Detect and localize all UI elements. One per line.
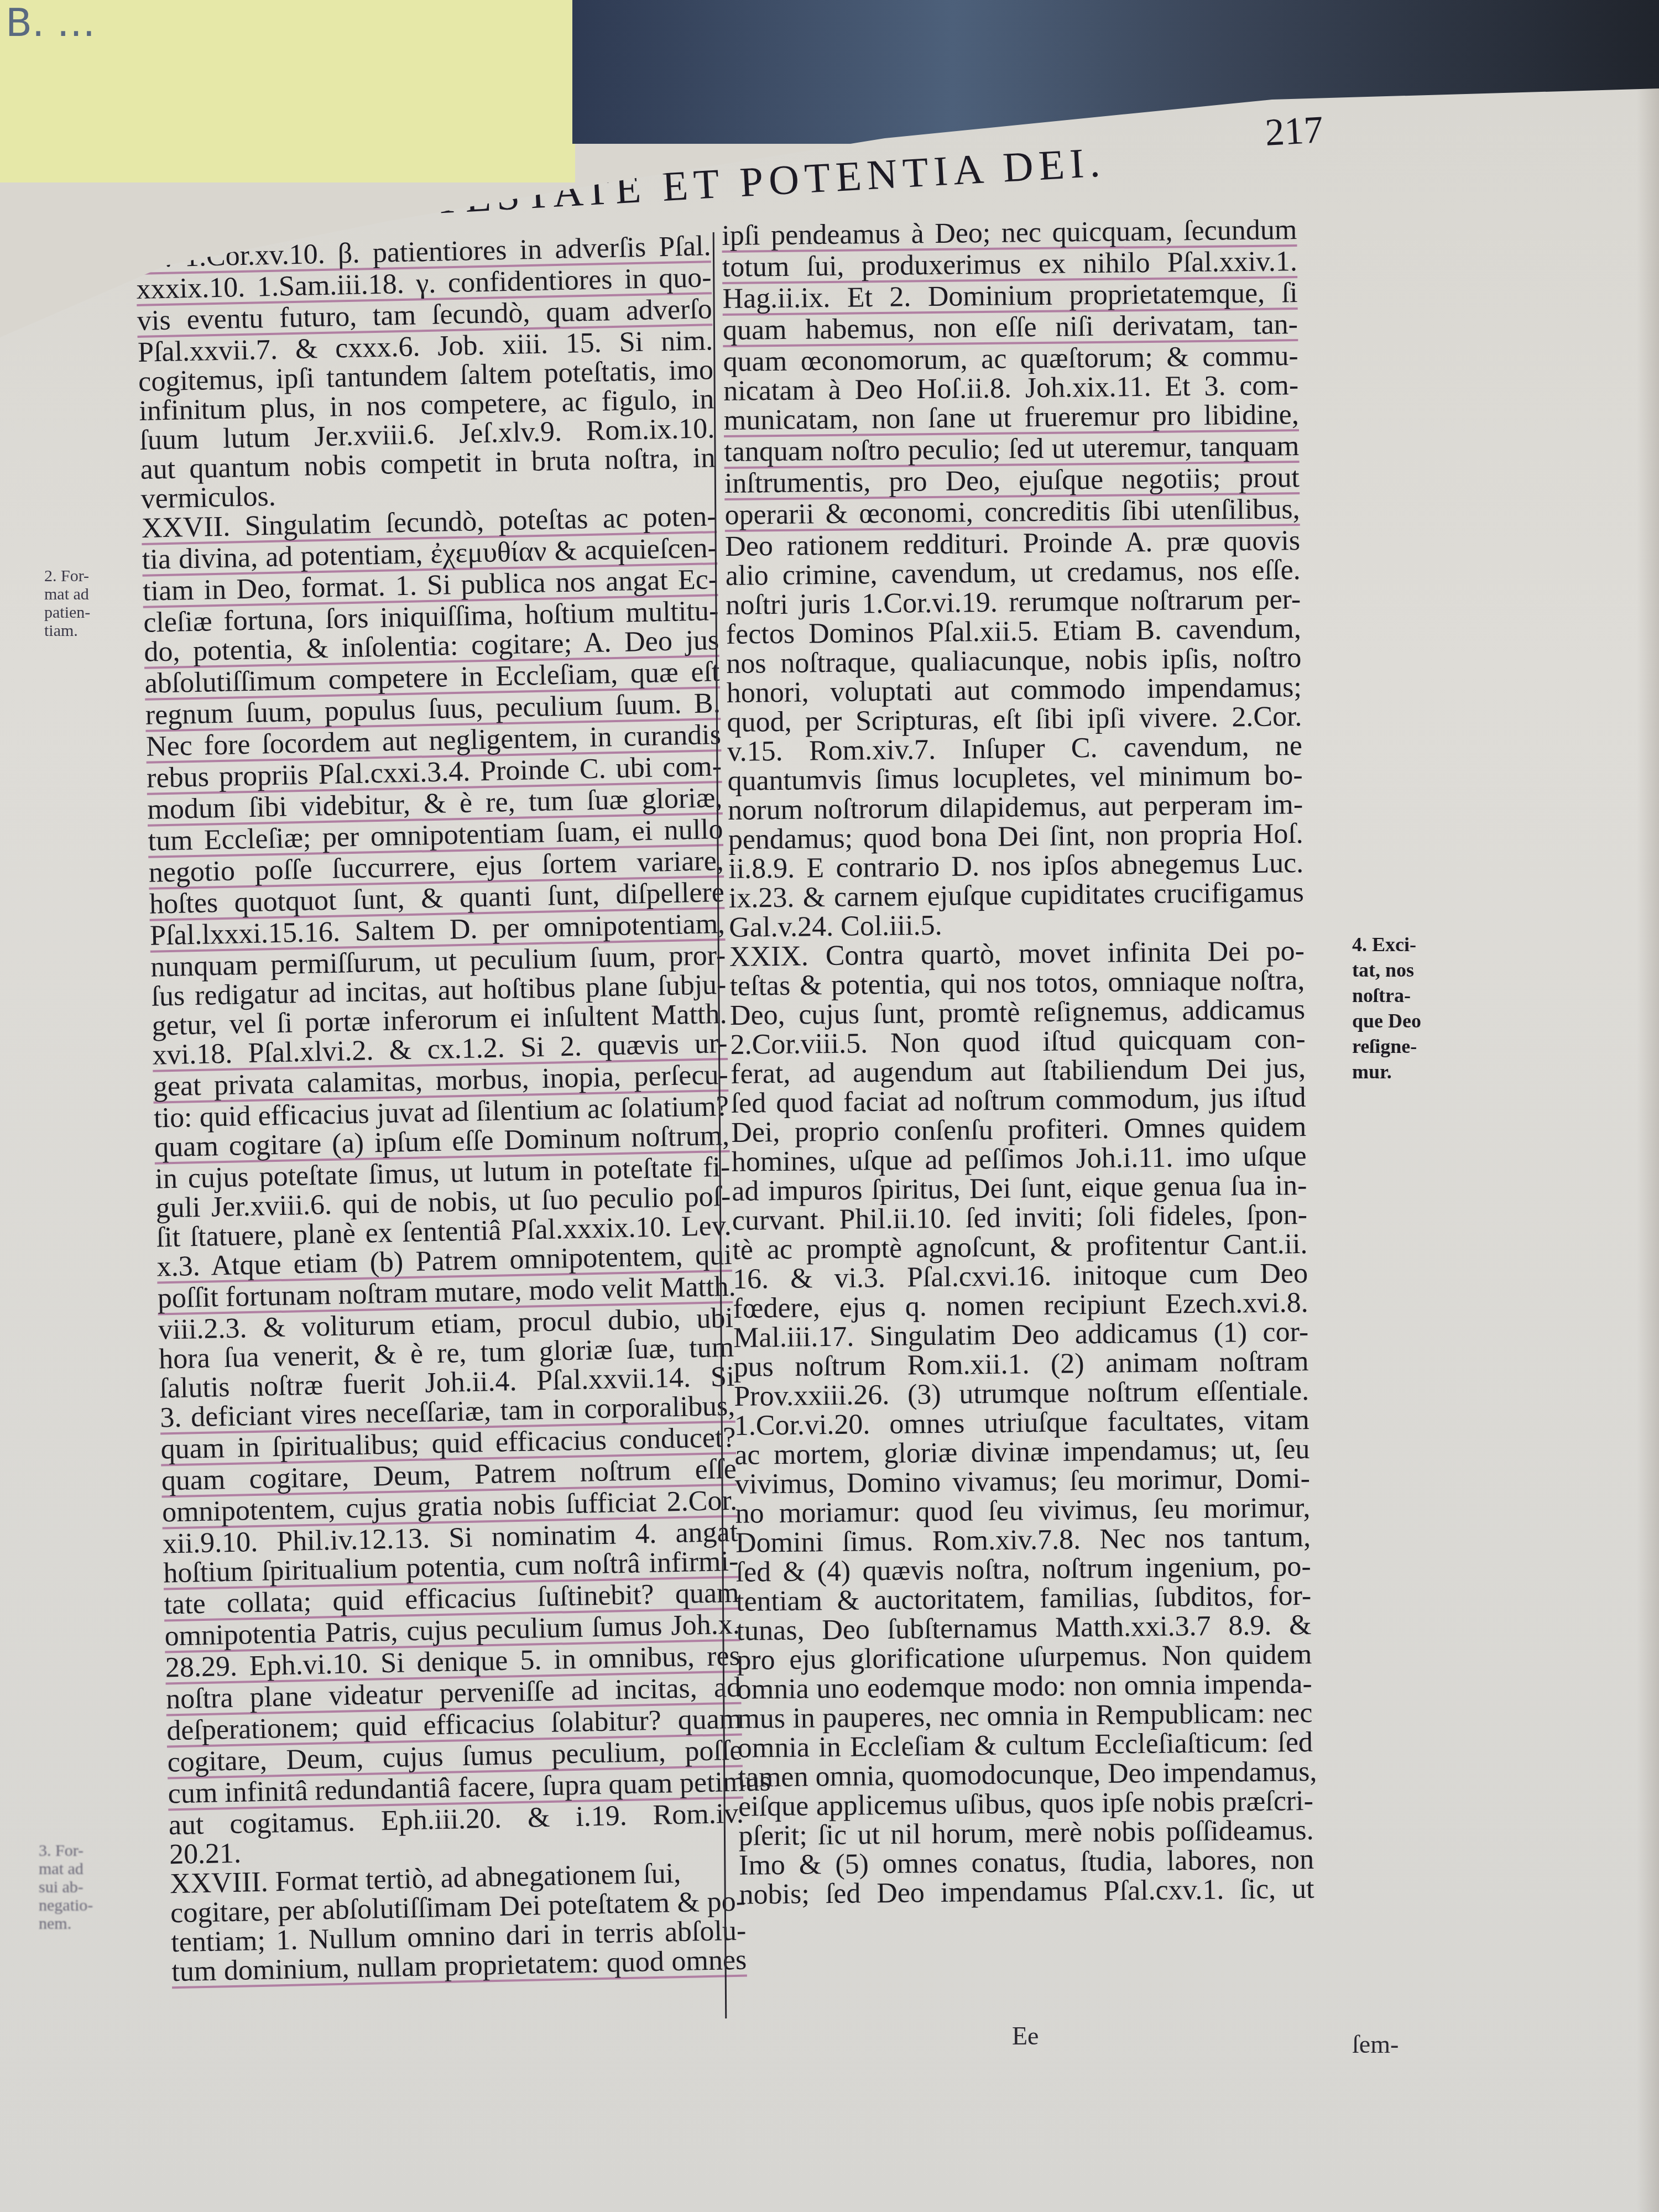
margin-note-line: 2. For- — [44, 567, 90, 585]
margin-note-left-2: 3. For-mat adsui ab-negatio-nem. — [39, 1841, 93, 1933]
page-number: 217 — [1264, 108, 1324, 155]
margin-note-line: negatio- — [39, 1896, 93, 1914]
margin-note-line: noſtra- — [1352, 983, 1421, 1008]
margin-note-line: mat ad — [39, 1860, 93, 1878]
margin-note-line: 3. For- — [39, 1841, 93, 1860]
margin-note-line: 4. Exci- — [1352, 932, 1421, 957]
sticky-note-text: B. … — [6, 0, 96, 45]
margin-note-line: sui ab- — [39, 1878, 93, 1896]
margin-note-line: patien- — [44, 603, 90, 622]
sticky-note: B. … — [0, 0, 575, 182]
margin-note-line: tat, nos — [1352, 957, 1421, 983]
book-page: DE POTESTATE ET POTENTIA DEI. 217 36. 1.… — [0, 0, 1659, 2212]
catchword: ſem- — [1352, 2030, 1399, 2059]
text-line: ix.23. & carnem ejuſque cupiditates cruc… — [729, 878, 1304, 913]
margin-note-line: reſigne- — [1352, 1034, 1421, 1059]
signature-mark: Ee — [1012, 2021, 1039, 2051]
margin-note-line: tiam. — [44, 622, 90, 640]
left-text-column: 36. 1.Cor.xv.10. β. patientiores in adve… — [135, 231, 747, 1989]
page-edge-shadow — [1637, 88, 1659, 2212]
margin-note-line: que Deo — [1352, 1008, 1421, 1034]
margin-note-line: nem. — [39, 1914, 93, 1933]
text-line: nobis; ſed Deo impendamus Pſal.cxv.1. ſi… — [739, 1874, 1314, 1910]
margin-note-line: mur. — [1352, 1059, 1421, 1084]
margin-note-line: mat ad — [44, 585, 90, 603]
margin-note-left-1: 2. For-mat adpatien-tiam. — [44, 567, 90, 640]
margin-note-right-1: 4. Exci-tat, nosnoſtra-que Deoreſigne-mu… — [1352, 932, 1421, 1084]
right-text-column: ipſi pendeamus à Deo; nec quicquam, ſecu… — [722, 215, 1314, 1910]
